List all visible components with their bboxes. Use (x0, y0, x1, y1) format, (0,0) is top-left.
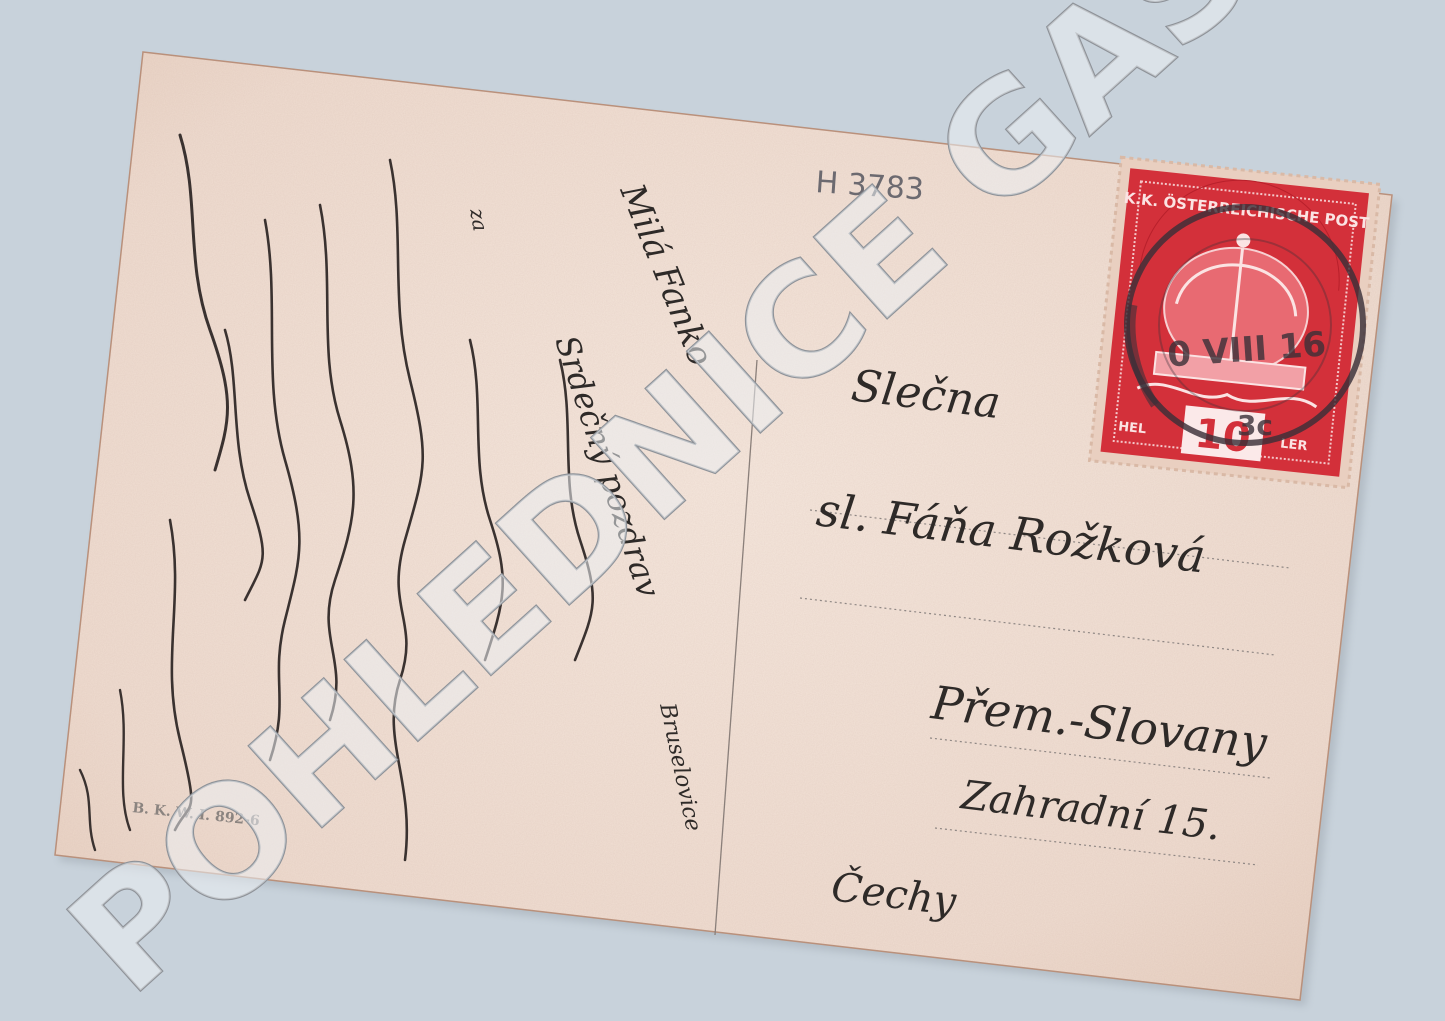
svg-text:za: za (465, 206, 493, 233)
postcard-scan: H 3783 20 B. K. W. I. 892-6 Milá Fanko S… (0, 0, 1445, 1021)
svg-text:HEL: HEL (1117, 419, 1146, 437)
svg-text:3c: 3c (1237, 409, 1273, 442)
